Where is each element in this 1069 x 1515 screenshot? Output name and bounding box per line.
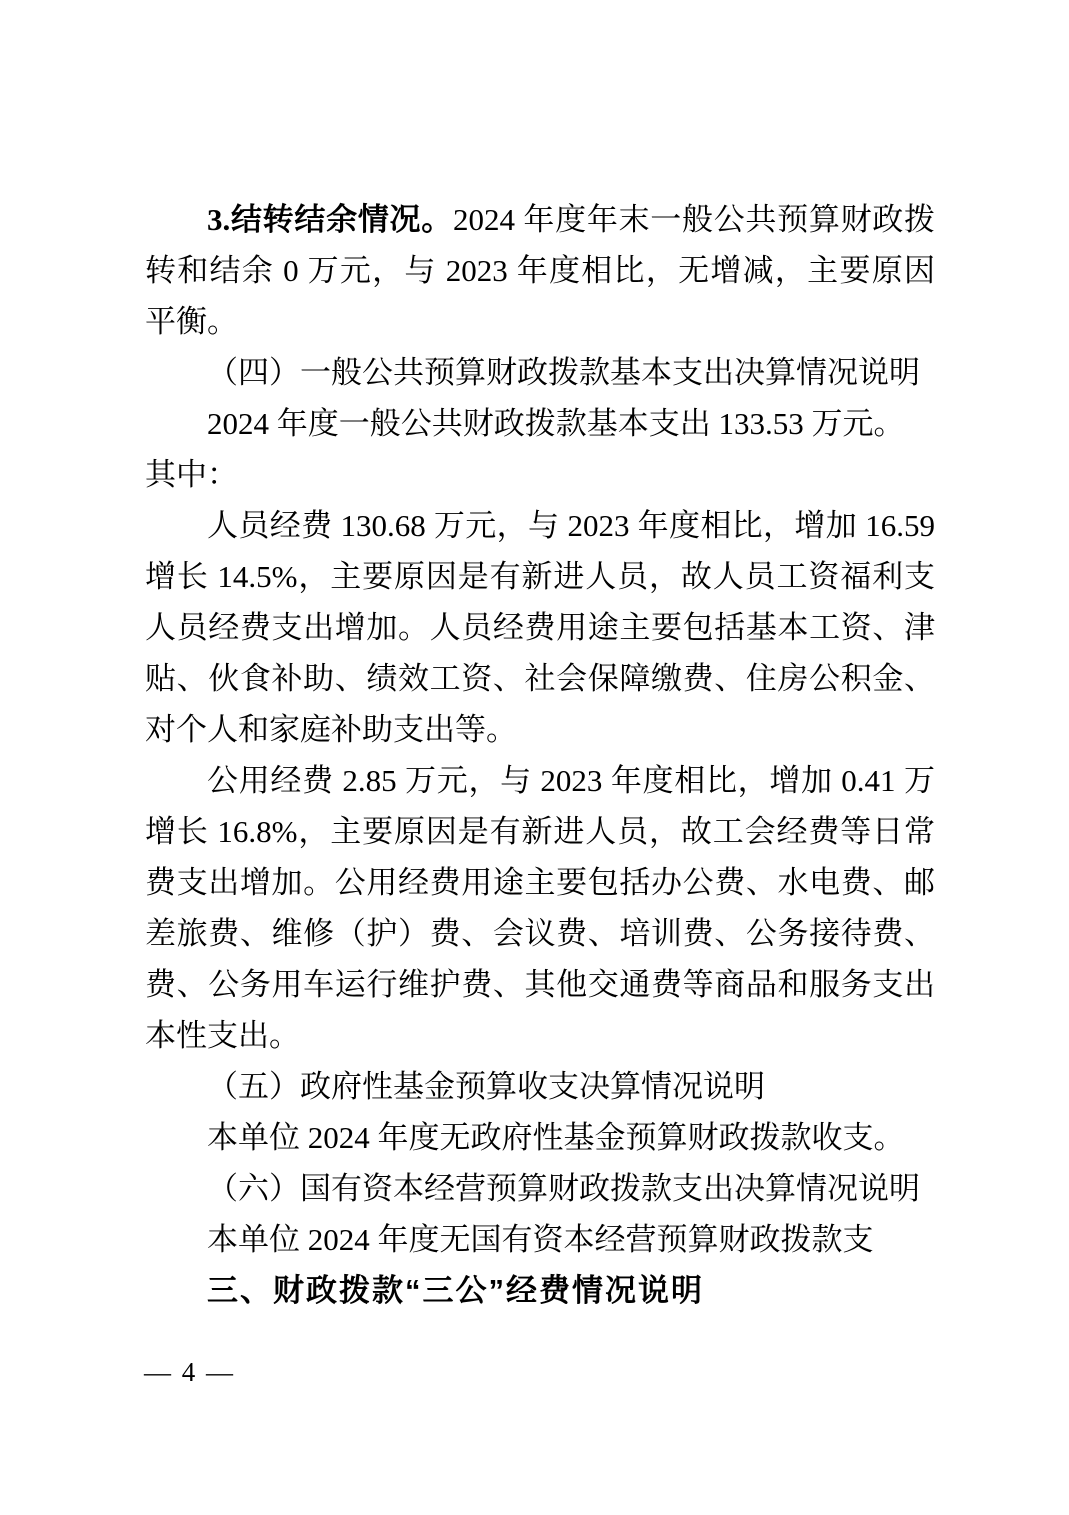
paragraph-public-funds-line-5: 费、公务用车运行维护费、其他交通费等商品和服务支出和资 <box>145 959 935 1010</box>
heading-text: （五）政府性基金预算收支决算情况说明 <box>207 1069 765 1104</box>
paragraph-gov-fund-statement: 本单位 2024 年度无政府性基金预算财政拨款收支。 <box>145 1112 935 1163</box>
document-page: { "page": { "background_color": "#ffffff… <box>0 0 1069 1515</box>
page-number: — 4 — <box>144 1356 235 1388</box>
body-text: 人员经费支出增加。人员经费用途主要包括基本工资、津贴补 <box>145 610 935 653</box>
paragraph-state-capital-statement: 本单位 2024 年度无国有资本经营预算财政拨款支出。 <box>145 1214 935 1265</box>
heading-text: （四）一般公共预算财政拨款基本支出决算情况说明 <box>207 355 920 390</box>
paragraph-personnel-funds-line-3: 人员经费支出增加。人员经费用途主要包括基本工资、津贴补 <box>145 602 935 653</box>
body-text: 对个人和家庭补助支出等。 <box>145 712 517 747</box>
heading-text: 三、财政拨款“三公”经费情况说明 <box>207 1273 704 1308</box>
body-text: 本性支出。 <box>145 1018 300 1053</box>
body-text: 贴、伙食补助、绩效工资、社会保障缴费、住房公积金、其他 <box>145 661 935 704</box>
subsection-heading-4: （四）一般公共预算财政拨款基本支出决算情况说明 <box>145 347 935 398</box>
body-text: 增长 16.8%，主要原因是有新进人员，故工会经费等日常公用经 <box>145 814 935 857</box>
paragraph-public-funds-line-1: 公用经费 2.85 万元，与 2023 年度相比，增加 0.41 万元， <box>145 755 935 806</box>
body-text: 其中： <box>145 457 238 492</box>
paragraph-public-funds-line-4: 差旅费、维修（护）费、会议费、培训费、公务接待费、劳务 <box>145 908 935 959</box>
paragraph-basic-expenditure-line-1: 2024 年度一般公共财政拨款基本支出 133.53 万元。 <box>145 398 935 449</box>
heading-text: （六）国有资本经营预算财政拨款支出决算情况说明 <box>207 1171 920 1206</box>
body-text: 本单位 2024 年度无国有资本经营预算财政拨款支出。 <box>207 1222 874 1265</box>
body-text: 本单位 2024 年度无政府性基金预算财政拨款收支。 <box>207 1120 905 1155</box>
body-text: 人员经费 130.68 万元，与 2023 年度相比，增加 16.59 万元， <box>207 508 935 551</box>
subsection-heading-5: （五）政府性基金预算收支决算情况说明 <box>145 1061 935 1112</box>
document-text-block: 3.结转结余情况。2024 年度年末一般公共预算财政拨款结 转和结余 0 万元，… <box>145 194 935 1316</box>
paragraph-public-funds-line-2: 增长 16.8%，主要原因是有新进人员，故工会经费等日常公用经 <box>145 806 935 857</box>
paragraph-personnel-funds-line-4: 贴、伙食补助、绩效工资、社会保障缴费、住房公积金、其他 <box>145 653 935 704</box>
paragraph-transfer-balance-line-3: 平衡。 <box>145 296 935 347</box>
body-text: 公用经费 2.85 万元，与 2023 年度相比，增加 0.41 万元， <box>207 763 935 806</box>
run-in-bold-heading: 3.结转结余情况。 <box>207 202 453 237</box>
paragraph-transfer-balance-line-2: 转和结余 0 万元，与 2023 年度相比，无增减，主要原因是收支 <box>145 245 935 296</box>
body-text: 费支出增加。公用经费用途主要包括办公费、水电费、邮电费、 <box>145 865 935 908</box>
paragraph-public-funds-line-3: 费支出增加。公用经费用途主要包括办公费、水电费、邮电费、 <box>145 857 935 908</box>
body-text: 转和结余 0 万元，与 2023 年度相比，无增减，主要原因是收支 <box>145 253 935 296</box>
paragraph-personnel-funds-line-2: 增长 14.5%，主要原因是有新进人员，故人员工资福利支出增加， <box>145 551 935 602</box>
paragraph-personnel-funds-line-5: 对个人和家庭补助支出等。 <box>145 704 935 755</box>
paragraph-public-funds-line-6: 本性支出。 <box>145 1010 935 1061</box>
paragraph-basic-expenditure-line-2: 其中： <box>145 449 935 500</box>
section-heading-three-gong: 三、财政拨款“三公”经费情况说明 <box>145 1265 935 1316</box>
body-text: 平衡。 <box>145 304 238 339</box>
paragraph-transfer-balance-line-1: 3.结转结余情况。2024 年度年末一般公共预算财政拨款结 <box>145 194 935 245</box>
body-text: 费、公务用车运行维护费、其他交通费等商品和服务支出和资 <box>145 967 935 1010</box>
body-text: 差旅费、维修（护）费、会议费、培训费、公务接待费、劳务 <box>145 916 935 959</box>
paragraph-personnel-funds-line-1: 人员经费 130.68 万元，与 2023 年度相比，增加 16.59 万元， <box>145 500 935 551</box>
body-text: 增长 14.5%，主要原因是有新进人员，故人员工资福利支出增加， <box>145 559 935 602</box>
subsection-heading-6: （六）国有资本经营预算财政拨款支出决算情况说明 <box>145 1163 935 1214</box>
body-text: 2024 年度一般公共财政拨款基本支出 133.53 万元。 <box>207 406 905 441</box>
